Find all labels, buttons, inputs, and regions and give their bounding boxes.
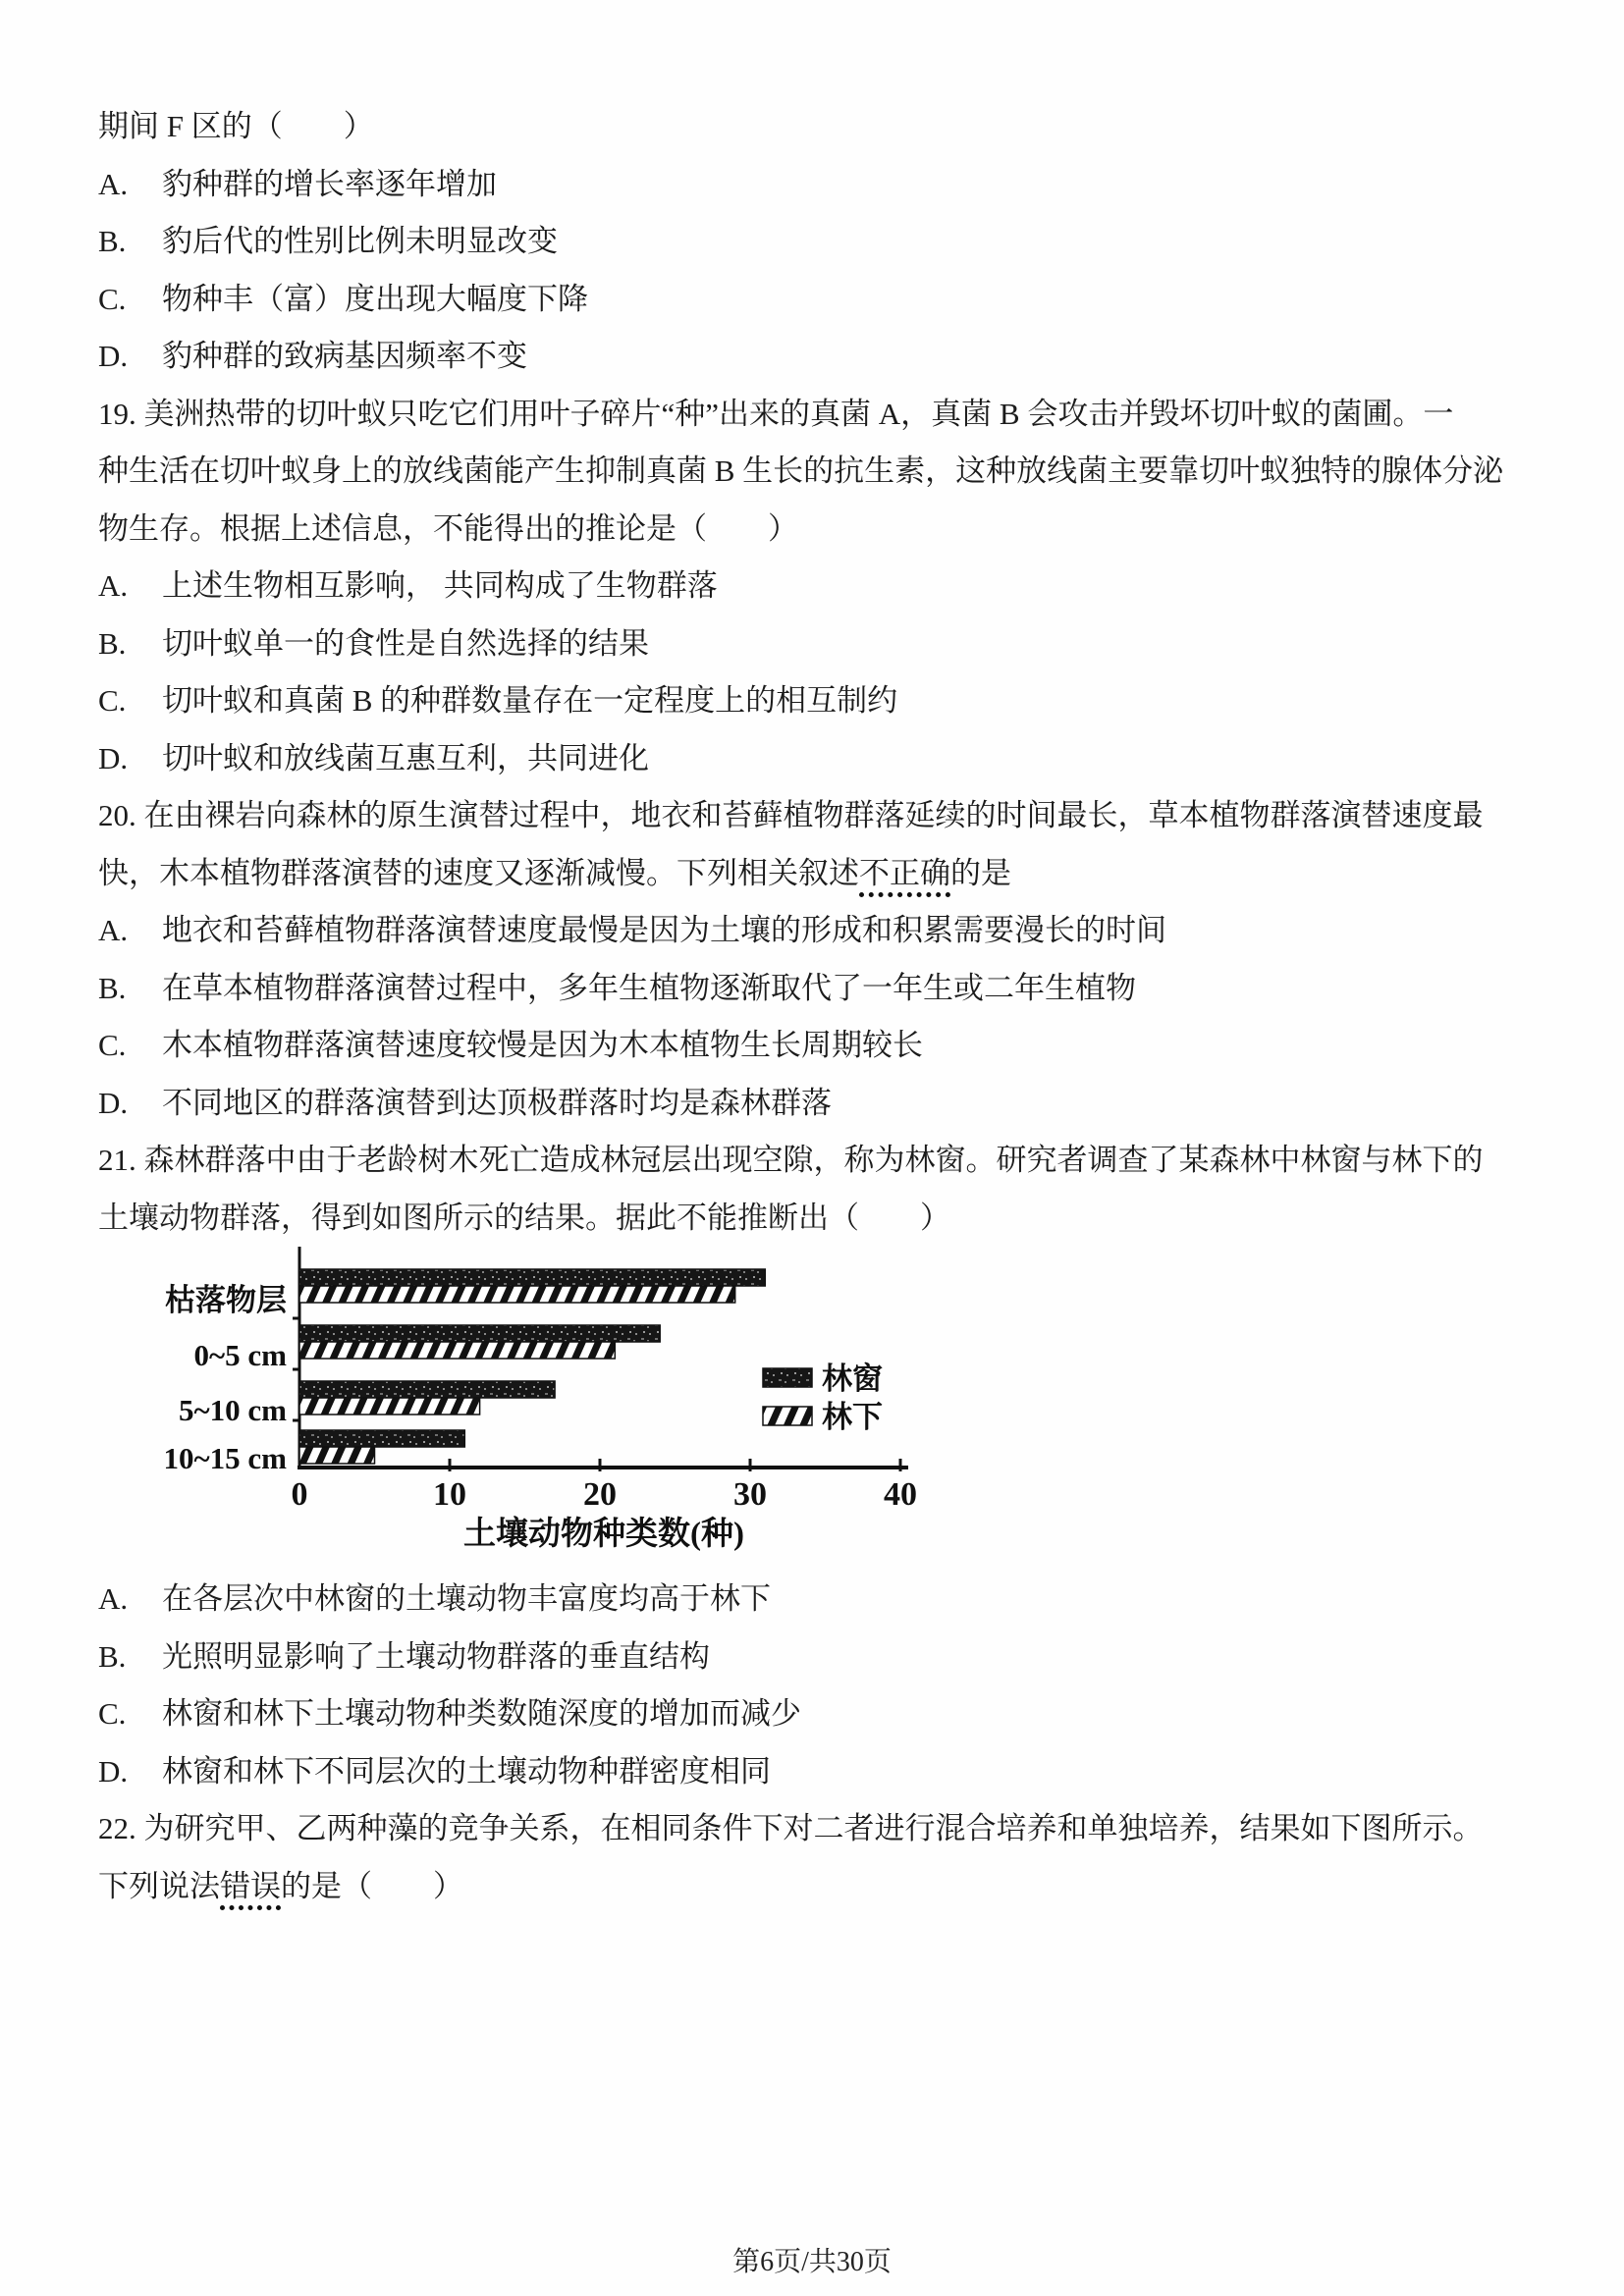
q20-option-d: D. 不同地区的群落演替到达顶极群落时均是森林群落: [98, 1075, 1532, 1133]
bar-gap-series-4: [299, 1430, 464, 1447]
q21-option-b: B. 光照明显影响了土壤动物群落的垂直结构: [98, 1629, 1532, 1686]
exam-page: 期间 F 区的（ ） A. 豹种群的增长率逐年增加 B. 豹后代的性别比例未明显…: [0, 0, 1624, 2296]
option-letter: C.: [98, 1685, 162, 1743]
exam-text-column: 期间 F 区的（ ） A. 豹种群的增长率逐年增加 B. 豹后代的性别比例未明显…: [98, 98, 1532, 1915]
option-text: 切叶蚁和真菌 B 的种群数量存在一定程度上的相互制约: [162, 672, 1532, 730]
q18-stem-continuation: 期间 F 区的（ ）: [98, 98, 1532, 156]
category-label-4: 10~15 cm: [164, 1441, 288, 1475]
option-text: 林窗和林下土壤动物种类数随深度的增加而减少: [162, 1685, 1532, 1743]
x-tick-label-30: 30: [733, 1476, 767, 1513]
option-text: 地衣和苔藓植物群落演替速度最慢是因为土壤的形成和积累需要漫长的时间: [162, 902, 1532, 960]
bar-understory-series-4: [299, 1447, 375, 1464]
option-letter: A.: [98, 156, 162, 214]
x-tick-label-40: 40: [884, 1476, 917, 1513]
x-tick-label-20: 20: [583, 1476, 617, 1513]
option-letter: D.: [98, 730, 162, 788]
option-text: 豹种群的致病基因频率不变: [162, 328, 1532, 386]
q20-option-c: C. 木本植物群落演替速度较慢是因为木本植物生长周期较长: [98, 1017, 1532, 1075]
bar-gap-series-2: [299, 1325, 660, 1342]
x-axis-title: 土壤动物种类数(种): [463, 1515, 744, 1552]
option-letter: D.: [98, 1743, 162, 1801]
q18-option-d: D. 豹种群的致病基因频率不变: [98, 328, 1532, 386]
q21-option-d: D. 林窗和林下不同层次的土壤动物种群密度相同: [98, 1743, 1532, 1801]
option-letter: B.: [98, 960, 162, 1018]
option-letter: D.: [98, 328, 162, 386]
q21-figure: 枯落物层0~5 cm5~10 cm10~15 cm010203040土壤动物种类…: [98, 1247, 1532, 1571]
q18-option-c: C. 物种丰（富）度出现大幅度下降: [98, 271, 1532, 329]
q19-option-a: A. 上述生物相互影响， 共同构成了生物群落: [98, 558, 1532, 615]
option-letter: B.: [98, 615, 162, 673]
bar-understory-series-2: [299, 1342, 615, 1359]
q19-option-b: B. 切叶蚁单一的食性是自然选择的结果: [98, 615, 1532, 673]
option-letter: A.: [98, 1571, 162, 1629]
legend-label-gap: 林窗: [822, 1362, 883, 1396]
q18-option-b: B. 豹后代的性别比例未明显改变: [98, 213, 1532, 271]
q21-stem-line1: 21. 森林群落中由于老龄树木死亡造成林冠层出现空隙，称为林窗。研究者调查了某森…: [98, 1132, 1532, 1190]
q20-stem-line1: 20. 在由裸岩向森林的原生演替过程中，地衣和苔藓植物群落延续的时间最长，草本植…: [98, 787, 1532, 845]
option-text: 豹后代的性别比例未明显改变: [162, 213, 1532, 271]
option-letter: B.: [98, 1629, 162, 1686]
bar-gap-series-1: [299, 1269, 765, 1286]
q20-emphasized-word: 不正确: [859, 856, 950, 897]
q19-stem-line3: 物生存。根据上述信息，不能得出的推论是（ ）: [98, 501, 1532, 559]
x-tick-label-0: 0: [292, 1476, 308, 1513]
option-text: 物种丰（富）度出现大幅度下降: [162, 271, 1532, 329]
legend-label-understory: 林下: [822, 1400, 883, 1434]
category-label-1: 枯落物层: [165, 1283, 287, 1317]
q20-option-b: B. 在草本植物群落演替过程中，多年生植物逐渐取代了一年生或二年生植物: [98, 960, 1532, 1018]
bar-understory-series-1: [299, 1286, 735, 1303]
page-number-footer: 第6页/共30页: [0, 2240, 1624, 2279]
x-tick-label-10: 10: [433, 1476, 466, 1513]
option-letter: B.: [98, 213, 162, 271]
option-text: 在各层次中林窗的土壤动物丰富度均高于林下: [162, 1571, 1532, 1629]
q20-option-a: A. 地衣和苔藓植物群落演替速度最慢是因为土壤的形成和积累需要漫长的时间: [98, 902, 1532, 960]
q20-stem-line2: 快，木本植物群落演替的速度又逐渐减慢。下列相关叙述不正确的是: [98, 845, 1532, 903]
q18-option-a: A. 豹种群的增长率逐年增加: [98, 156, 1532, 214]
option-text: 光照明显影响了土壤动物群落的垂直结构: [162, 1629, 1532, 1686]
q19-option-c: C. 切叶蚁和真菌 B 的种群数量存在一定程度上的相互制约: [98, 672, 1532, 730]
q22-stem-line2: 下列说法错误的是（ ）: [98, 1858, 1532, 1916]
option-text: 林窗和林下不同层次的土壤动物种群密度相同: [162, 1743, 1532, 1801]
q21-option-a: A. 在各层次中林窗的土壤动物丰富度均高于林下: [98, 1571, 1532, 1629]
q21-stem-line2: 土壤动物群落，得到如图所示的结果。据此不能推断出（ ）: [98, 1190, 1532, 1248]
option-text: 木本植物群落演替速度较慢是因为木本植物生长周期较长: [162, 1017, 1532, 1075]
legend-swatch-gap: [763, 1368, 812, 1387]
q20-stem-line2-pre: 快，木本植物群落演替的速度又逐渐减慢。下列相关叙述: [98, 856, 859, 890]
category-label-2: 0~5 cm: [194, 1338, 288, 1372]
soil-animal-bar-chart: 枯落物层0~5 cm5~10 cm10~15 cm010203040土壤动物种类…: [137, 1247, 1001, 1573]
q22-stem-line2-post: 的是（ ）: [281, 1869, 463, 1903]
q19-stem-line1: 19. 美洲热带的切叶蚁只吃它们用叶子碎片“种”出来的真菌 A，真菌 B 会攻击…: [98, 386, 1532, 444]
bar-gap-series-3: [299, 1381, 555, 1398]
option-text: 不同地区的群落演替到达顶极群落时均是森林群落: [162, 1075, 1532, 1133]
q22-stem-line1: 22. 为研究甲、乙两种藻的竞争关系，在相同条件下对二者进行混合培养和单独培养，…: [98, 1800, 1532, 1858]
q22-stem-line2-pre: 下列说法: [98, 1869, 220, 1903]
q21-option-c: C. 林窗和林下土壤动物种类数随深度的增加而减少: [98, 1685, 1532, 1743]
q22-emphasized-word: 错误: [220, 1869, 281, 1910]
option-letter: A.: [98, 558, 162, 615]
bar-understory-series-3: [299, 1398, 480, 1415]
option-text: 切叶蚁单一的食性是自然选择的结果: [162, 615, 1532, 673]
option-letter: C.: [98, 271, 162, 329]
option-letter: A.: [98, 902, 162, 960]
option-text: 上述生物相互影响， 共同构成了生物群落: [162, 558, 1532, 615]
option-letter: C.: [98, 672, 162, 730]
option-text: 豹种群的增长率逐年增加: [162, 156, 1532, 214]
option-text: 在草本植物群落演替过程中，多年生植物逐渐取代了一年生或二年生植物: [162, 960, 1532, 1018]
category-label-3: 5~10 cm: [179, 1393, 287, 1427]
q20-stem-line2-post: 的是: [950, 856, 1011, 890]
q19-option-d: D. 切叶蚁和放线菌互惠互利，共同进化: [98, 730, 1532, 788]
option-letter: D.: [98, 1075, 162, 1133]
legend-swatch-understory: [763, 1407, 812, 1425]
option-text: 切叶蚁和放线菌互惠互利，共同进化: [162, 730, 1532, 788]
q19-stem-line2: 种生活在切叶蚁身上的放线菌能产生抑制真菌 B 生长的抗生素，这种放线菌主要靠切叶…: [98, 443, 1532, 501]
option-letter: C.: [98, 1017, 162, 1075]
